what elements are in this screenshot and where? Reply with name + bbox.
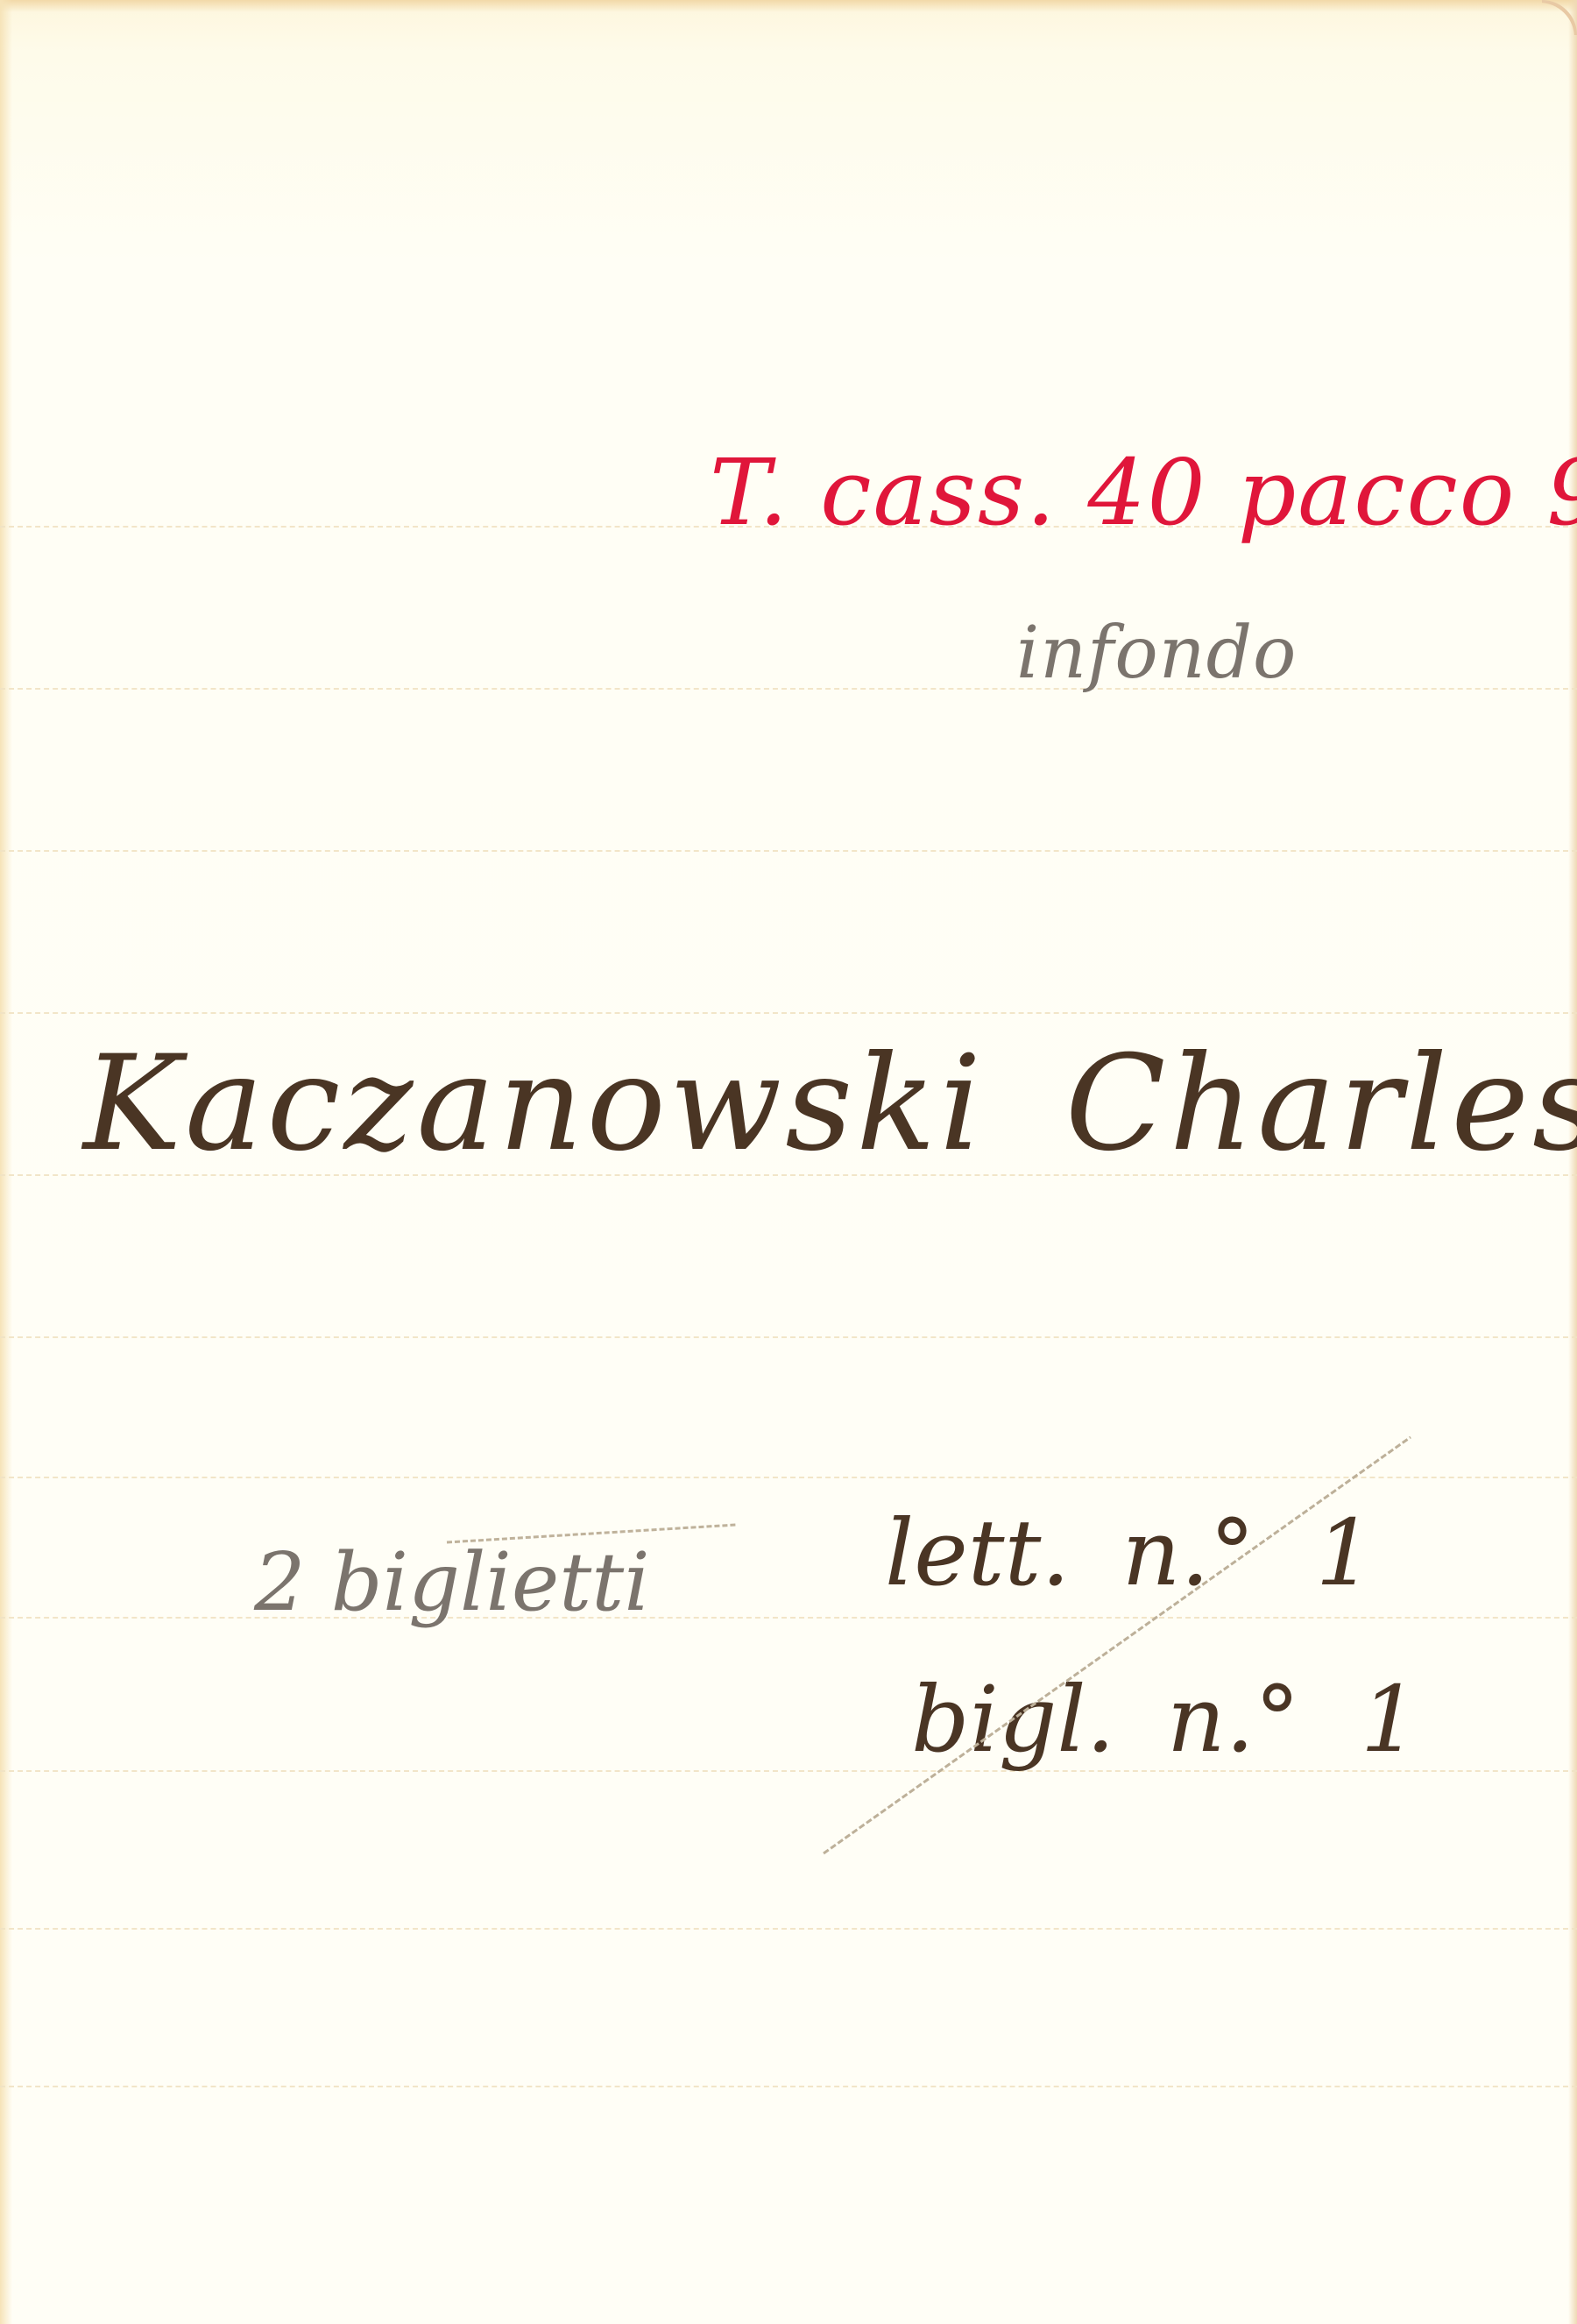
person-name: Kaczanowski Charles. (83, 1038, 1577, 1170)
given-name: Charles. (1065, 1028, 1577, 1180)
item-count: 1 (1316, 1499, 1374, 1606)
ruled-line (0, 1770, 1577, 1772)
cassetta-number: 40 (1087, 439, 1206, 546)
contents-item-cards: bigl. n.° 1 (911, 1674, 1418, 1765)
surname: Kaczanowski (83, 1028, 985, 1180)
reference-note: infondo (1016, 618, 1297, 690)
ruled-line (0, 1336, 1577, 1338)
item-count: 1 (1361, 1666, 1418, 1773)
card-left-edge (0, 0, 12, 2324)
contents-item-letters: lett. n.° 1 (885, 1507, 1374, 1598)
ruled-line (0, 850, 1577, 852)
contents-pencil-note: 2 biglietti (254, 1542, 650, 1623)
item-number-label: n.° (1122, 1499, 1255, 1606)
index-card: T. cass. 40 pacco 92 infondo Kaczanowski… (0, 0, 1577, 2324)
pacco-number: 92 (1546, 439, 1577, 546)
ruled-line (0, 1012, 1577, 1014)
card-top-edge (0, 0, 1577, 12)
item-number-label: n.° (1167, 1666, 1300, 1773)
archive-reference: T. cass. 40 pacco 92 (710, 447, 1577, 538)
ruled-line (0, 1477, 1577, 1478)
item-label: bigl. (911, 1666, 1115, 1773)
cassetta-label: cass. (820, 439, 1057, 546)
reference-prefix: T. (710, 439, 789, 546)
ruled-line (0, 688, 1577, 690)
ruled-line (0, 2086, 1577, 2087)
item-label: lett. (885, 1499, 1070, 1606)
pacco-label: pacco (1238, 439, 1517, 546)
ruled-line (0, 1928, 1577, 1930)
ruled-line (0, 1617, 1577, 1619)
